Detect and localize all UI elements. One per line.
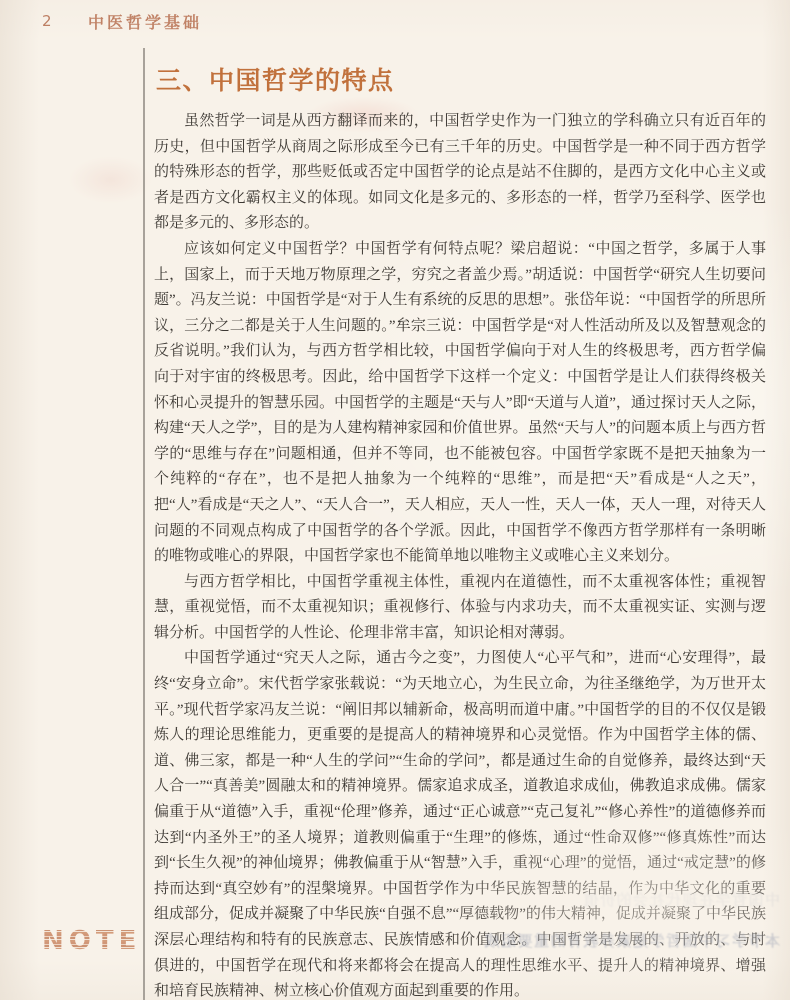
book-page: 2 中医哲学基础 三、中国哲学的特点 虽然哲学一词是从西方翻译而来的，中国哲学史… [0,0,790,1000]
book-title: 中医哲学基础 [88,10,202,33]
section-content: 三、中国哲学的特点 虽然哲学一词是从西方翻译而来的，中国哲学史作为一门独立的学科… [143,48,775,1000]
body-paragraph-4: 中国哲学通过“究天人之际，通古今之变”，力图使人“心平气和”，进而“心安理得”，… [154,646,766,1000]
body-paragraph-1: 虽然哲学一词是从西方翻译而来的，中国哲学史作为一门独立的学科确立只有近百年的历史… [154,109,766,237]
page-number: 2 [42,12,52,30]
note-stamp: NOTE [42,926,141,956]
section-title: 三、中国哲学的特点 [156,66,775,96]
body-paragraph-3: 与西方哲学相比，中国哲学重视主体性，重视内在道德性，而不太重视客体性；重视智慧，… [154,570,766,647]
body-paragraph-2: 应该如何定义中国哲学？中国哲学有何特点呢？梁启超说：“中国之哲学，多属于人事上，… [154,237,766,570]
running-header: 2 中医哲学基础 [0,10,790,36]
